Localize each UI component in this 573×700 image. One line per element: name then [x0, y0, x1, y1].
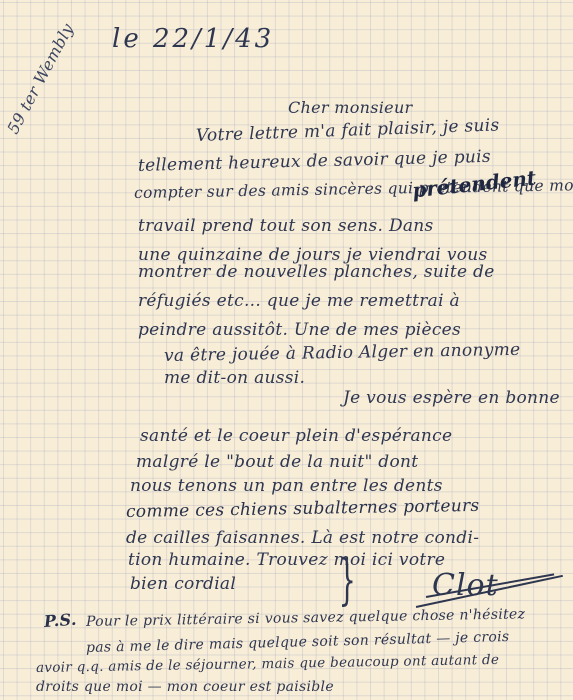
body-line-8: peindre aussitôt. Une de mes pièces — [138, 320, 461, 340]
body-line-9: va être jouée à Radio Alger en anonyme — [164, 340, 521, 366]
body-line-1: Votre lettre m'a fait plaisir, je suis — [196, 115, 500, 146]
salutation: Cher monsieur — [288, 98, 413, 117]
letter-date: le 22/1/43 — [112, 24, 274, 54]
postscript-line-4: droits que moi — mon coeur est paisible — [36, 679, 334, 695]
body-line-15: comme ces chiens subalternes porteurs — [126, 496, 480, 522]
overwritten-word: prétendent — [411, 166, 537, 203]
body-line-11: Je vous espère en bonne — [343, 388, 560, 408]
body-line-17: tion humaine. Trouvez moi ici votre — [128, 550, 445, 570]
body-line-7: réfugiés etc... que je me remettrai à — [138, 291, 460, 311]
body-line-13: malgré le "bout de la nuit" dont — [136, 452, 418, 472]
body-line-10: me dit-on aussi. — [164, 368, 305, 388]
body-line-6: montrer de nouvelles planches, suite de — [138, 262, 495, 282]
postscript-line-1: Pour le prix littéraire si vous savez qu… — [86, 606, 526, 630]
body-line-14: nous tenons un pan entre les dents — [130, 476, 443, 496]
closing-brace: } — [339, 548, 356, 611]
body-line-16: de cailles faisannes. Là est notre condi… — [126, 528, 479, 548]
body-line-4: travail prend tout son sens. Dans — [138, 216, 434, 236]
postscript-line-3: avoir q.q. amis de le séjourner, mais qu… — [36, 652, 499, 676]
body-line-12: santé et le coeur plein d'espérance — [140, 426, 452, 446]
body-line-2: tellement heureux de savoir que je puis — [138, 147, 491, 176]
body-line-18: bien cordial — [130, 574, 236, 594]
letter-page: le 22/1/43 59 ter Wembly Cher monsieur V… — [0, 0, 573, 700]
postscript-prefix: P.S. — [43, 610, 77, 631]
margin-note: 59 ter Wembly — [3, 20, 77, 137]
